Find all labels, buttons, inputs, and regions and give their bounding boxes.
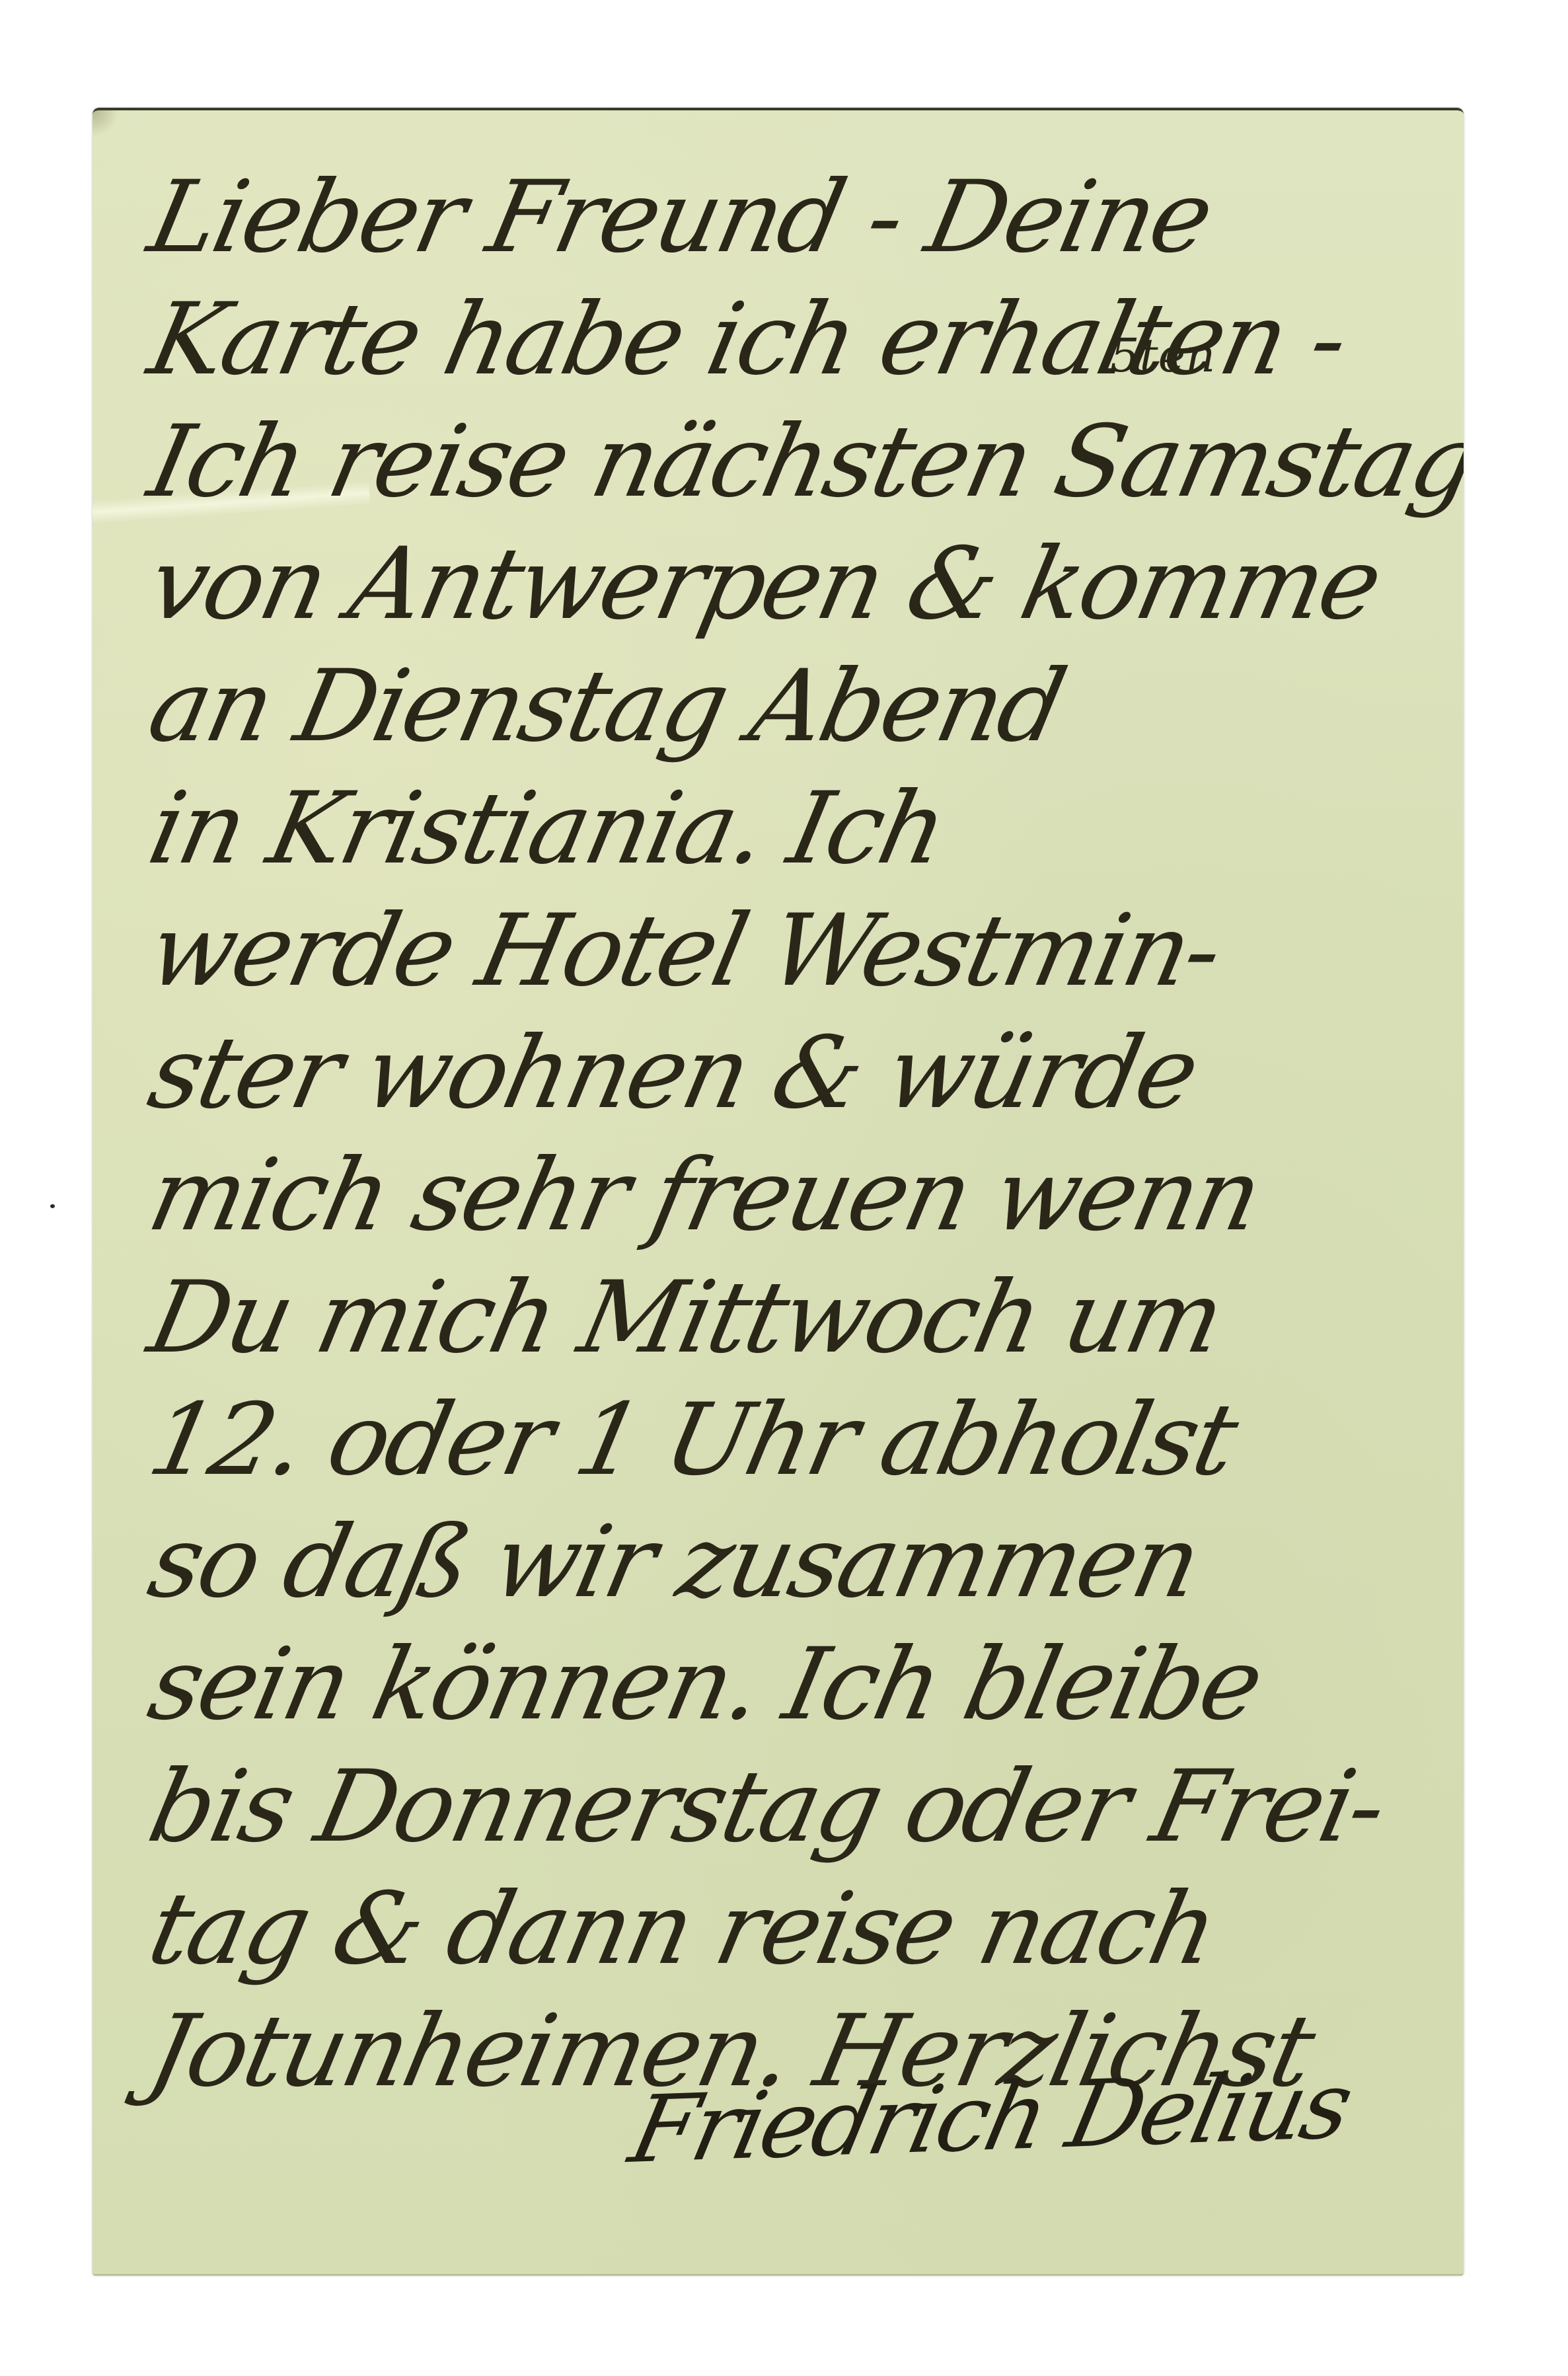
date-superscript: 5ten bbox=[1110, 328, 1215, 383]
letter-body: Lieber Freund - Deine Karte habe ich erh… bbox=[139, 157, 1434, 2113]
letter-line-9: mich sehr freuen wenn bbox=[139, 1135, 1460, 1257]
letter-line-4: von Antwerpen & komme bbox=[139, 523, 1460, 646]
postcard: Lieber Freund - Deine Karte habe ich erh… bbox=[93, 108, 1464, 2276]
letter-line-14: bis Donnerstag oder Frei- bbox=[139, 1746, 1460, 1868]
letter-line-5: an Dienstag Abend bbox=[139, 646, 1460, 768]
letter-line-7: werde Hotel Westmin- bbox=[139, 890, 1460, 1013]
stray-ink-dot bbox=[50, 1204, 55, 1208]
letter-line-2: Karte habe ich erhalten - bbox=[139, 279, 1460, 401]
letter-line-6: in Kristiania. Ich bbox=[139, 768, 1460, 890]
corner-wear bbox=[93, 110, 119, 137]
letter-line-3: Ich reise nächsten Samstag bbox=[139, 401, 1460, 523]
letter-line-11: 12. oder 1 Uhr abholst bbox=[139, 1379, 1460, 1502]
letter-line-13: sein können. Ich bleibe bbox=[139, 1624, 1460, 1746]
letter-line-1: Lieber Freund - Deine bbox=[139, 157, 1460, 279]
letter-line-10: Du mich Mittwoch um bbox=[139, 1257, 1460, 1379]
letter-line-8: ster wohnen & würde bbox=[139, 1013, 1460, 1135]
letter-line-15: tag & dann reise nach bbox=[139, 1868, 1460, 1991]
letter-line-12: so daß wir zusammen bbox=[139, 1502, 1460, 1624]
